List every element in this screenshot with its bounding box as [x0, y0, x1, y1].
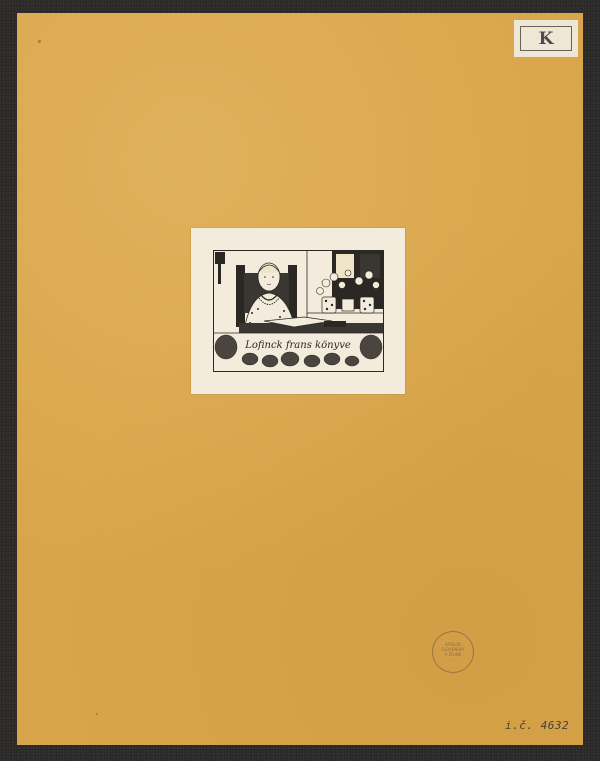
collection-label: K — [514, 20, 578, 57]
inventory-number: i.č. 4632 — [505, 719, 569, 732]
paper-blemish — [96, 713, 98, 715]
svg-text:Lofinck frans könyve: Lofinck frans könyve — [244, 340, 351, 351]
library-stamp: SPOLOK SLOVENSKÝ V ŽILINE · · · — [432, 631, 474, 673]
mount-board: K — [17, 13, 583, 745]
stamp-line: · · · — [450, 657, 456, 662]
engraving-illustration: Lofinck frans könyve — [214, 251, 383, 371]
paper-blemish — [38, 40, 41, 43]
collection-letter: K — [520, 26, 572, 51]
bookplate: Lofinck frans könyve — [191, 228, 405, 394]
bookplate-engraving: Lofinck frans könyve — [213, 250, 384, 372]
